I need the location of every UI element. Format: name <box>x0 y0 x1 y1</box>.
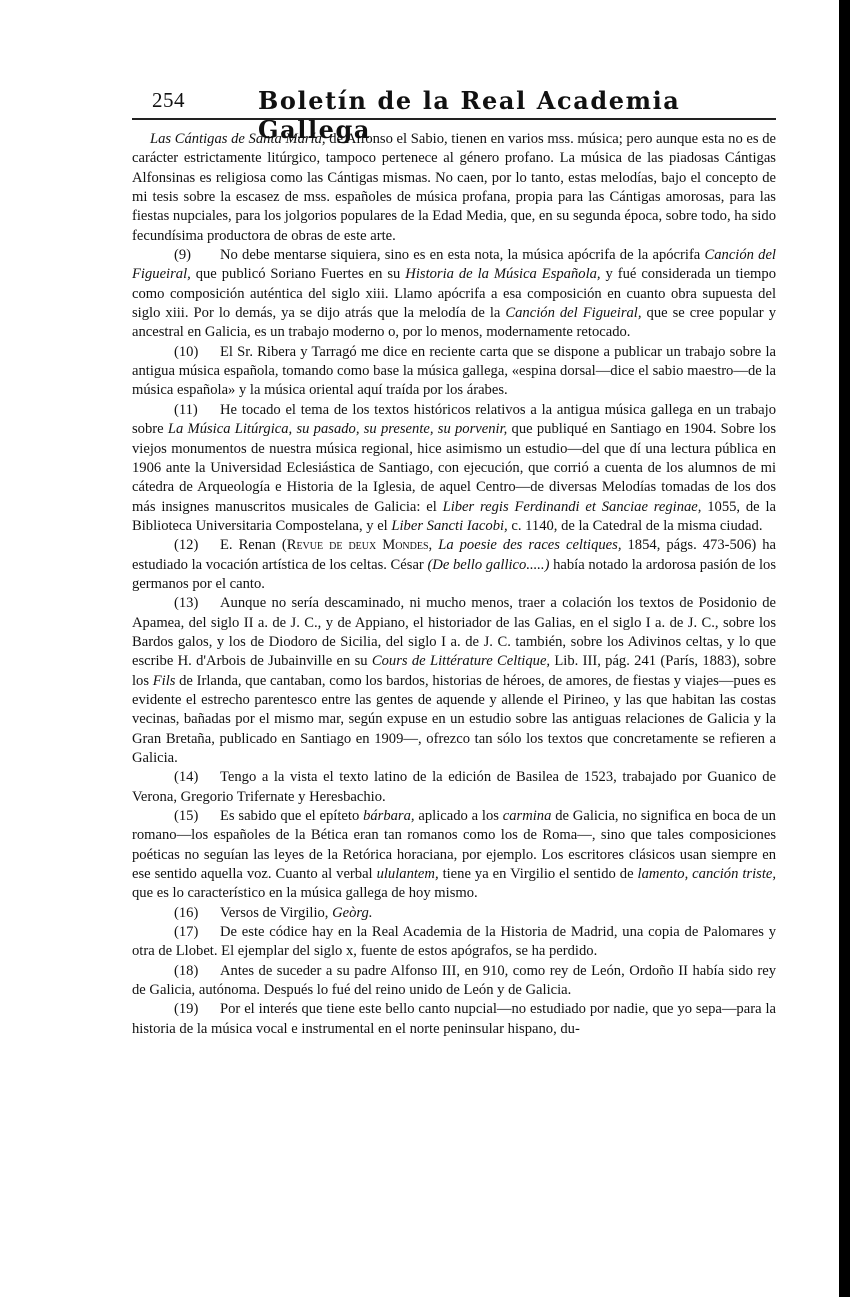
text-segment: Revue de deux Mondes, <box>287 537 432 553</box>
page-number: 254 <box>152 88 185 113</box>
footnote-number: (10) <box>174 343 220 362</box>
footnote-n18: (18)Antes de suceder a su padre Alfonso … <box>132 962 776 1001</box>
italic-text: (De bello gallico.....) <box>427 557 549 573</box>
italic-text: Historia de la Música Española, <box>405 266 600 282</box>
italic-text: bárbara, <box>363 808 415 824</box>
footnote-n11: (11)He tocado el tema de los textos hist… <box>132 401 776 536</box>
footnote-number: (14) <box>174 768 220 787</box>
text-segment: de Alfonso el Sabio, tienen en varios ms… <box>132 131 776 244</box>
footnote-n9: (9)No debe mentarse siquiera, sino es en… <box>132 246 776 343</box>
footnote-number: (11) <box>174 401 220 420</box>
italic-text: Liber Sancti Iacobi, <box>391 518 507 534</box>
footnote-number: (12) <box>174 536 220 555</box>
footnote-number: (16) <box>174 904 220 923</box>
text-segment: aplicado a los <box>415 808 503 824</box>
text-segment: que publicó Soriano Fuertes en su <box>191 266 406 282</box>
text-segment: tiene ya en Virgilio el sentido de <box>439 866 638 882</box>
footnotes-body: Las Cántigas de Santa María, de Alfonso … <box>132 130 776 1039</box>
footnote-number: (19) <box>174 1000 220 1019</box>
page-header: 254 Boletín de la Real Academia Gallega <box>150 86 775 116</box>
italic-text: Cours de Littérature Celtique, <box>372 653 550 669</box>
text-segment: Tengo a la vista el texto latino de la e… <box>132 769 776 804</box>
footnote-number: (18) <box>174 962 220 981</box>
text-segment: De este códice hay en la Real Academia d… <box>132 924 776 959</box>
italic-text: La poesie des races celtiques, <box>438 537 621 553</box>
italic-text: Las Cántigas de Santa María, <box>150 131 326 147</box>
text-segment: Es sabido que el epíteto <box>220 808 363 824</box>
footnote-number: (15) <box>174 807 220 826</box>
continued-paragraph: Las Cántigas de Santa María, de Alfonso … <box>132 130 776 246</box>
italic-text: La Música Litúrgica, su pasado, su prese… <box>168 421 507 437</box>
footnote-n15: (15)Es sabido que el epíteto bárbara, ap… <box>132 807 776 904</box>
text-segment: que es lo característico en la música ga… <box>132 885 478 901</box>
footnote-n12: (12)E. Renan (Revue de deux Mondes, La p… <box>132 536 776 594</box>
italic-text: Fils <box>153 673 176 689</box>
italic-text: Canción del Figueiral, <box>505 305 641 321</box>
footnote-n17: (17)De este códice hay en la Real Academ… <box>132 923 776 962</box>
text-segment: No debe mentarse siquiera, sino es en es… <box>220 247 705 263</box>
text-segment: E. Renan ( <box>220 537 287 553</box>
footnote-n13: (13)Aunque no sería descaminado, ni much… <box>132 594 776 768</box>
text-segment: Por el interés que tiene este bello cant… <box>132 1001 776 1036</box>
footnote-number: (13) <box>174 594 220 613</box>
text-segment: c. 1140, de la Catedral de la misma ciud… <box>508 518 763 534</box>
footnote-number: (17) <box>174 923 220 942</box>
italic-text: lamento, canción triste, <box>638 866 776 882</box>
footnote-n19: (19)Por el interés que tiene este bello … <box>132 1000 776 1039</box>
text-segment: de Irlanda, que cantaban, como los bardo… <box>132 673 776 766</box>
italic-text: ululantem, <box>377 866 439 882</box>
text-segment: El Sr. Ribera y Tarragó me dice en recie… <box>132 344 776 399</box>
footnote-n16: (16)Versos de Virgilio, Geòrg. <box>132 904 776 923</box>
header-rule <box>132 118 776 120</box>
scan-edge-strip <box>839 0 850 1297</box>
italic-text: carmina <box>503 808 552 824</box>
text-segment: Versos de Virgilio, <box>220 905 332 921</box>
text-segment: Antes de suceder a su padre Alfonso III,… <box>132 963 776 998</box>
italic-text: Geòrg. <box>332 905 372 921</box>
footnote-number: (9) <box>174 246 220 265</box>
footnote-n10: (10)El Sr. Ribera y Tarragó me dice en r… <box>132 343 776 401</box>
footnote-n14: (14)Tengo a la vista el texto latino de … <box>132 768 776 807</box>
italic-text: Liber regis Ferdinandi et Sanciae regina… <box>443 499 702 515</box>
